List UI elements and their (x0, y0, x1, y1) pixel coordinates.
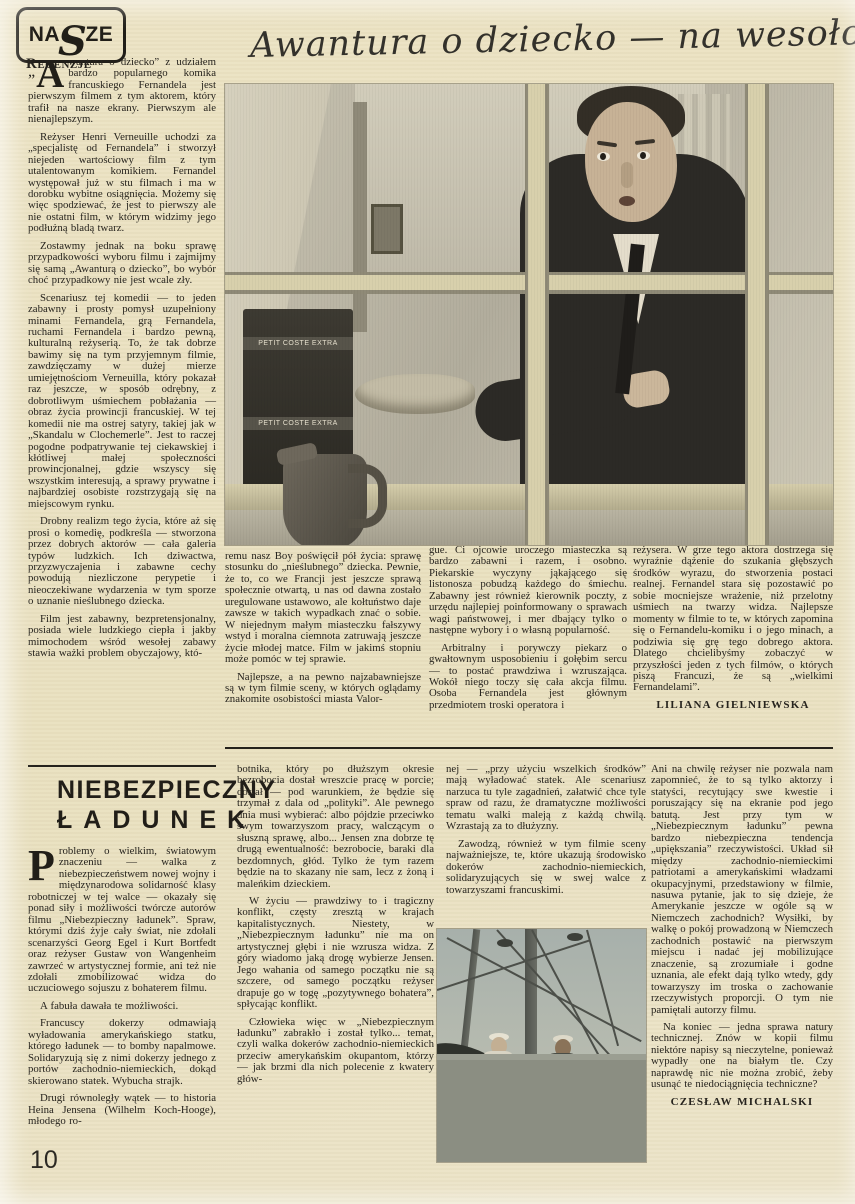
paragraph: A fabuła dawała te możliwości. (28, 1001, 216, 1012)
paragraph: gue. Ci ojcowie uroczego miasteczka są b… (429, 545, 627, 637)
article1-column3: gue. Ci ojcowie uroczego miasteczka są b… (429, 545, 627, 717)
logo-script-s: S (58, 32, 87, 52)
article1-title: Awantura o dziecko — na wesoło (250, 14, 826, 66)
paragraph: „Awantura o dziecko” z udziałem bardzo p… (28, 57, 216, 126)
paragraph: nej — „przy użyciu wszelkich środków” ma… (446, 764, 646, 833)
article2-column2: botnika, który po dłuższym okresie bezro… (237, 764, 434, 1091)
magazine-page: NASZE Recenzje Awantura o dziecko — na w… (0, 0, 855, 1204)
paragraph: Film jest zabawny, bezpretensjonalny, po… (28, 614, 216, 660)
nasze-recenzje-logo: NASZE (16, 7, 126, 63)
paragraph: W życiu — prawdziwy to i tragiczny konfl… (237, 896, 434, 1011)
film-still-awantura-o-dziecko: PETIT COSTE EXTRA PETIT COSTE EXTRA (225, 84, 833, 545)
paragraph: Ani na chwilę reżyser nie pozwala nam za… (651, 764, 833, 1016)
paragraph: reżysera. W grze tego aktora dostrzega s… (633, 545, 833, 694)
paragraph: Najlepsze, a na pewno najzabawniejsze są… (225, 672, 421, 706)
article2-column4: Ani na chwilę reżyser nie pozwala nam za… (651, 764, 833, 1108)
rigging-line (586, 930, 619, 1046)
ship-bulwark (437, 1054, 646, 1162)
paragraph: Reżyser Henri Verneuille uchodzi za „spe… (28, 132, 216, 235)
article1-column2: remu nasz Boy poświęcił pół życia: spraw… (225, 551, 421, 712)
paragraph: Zawodzą, również w tym filmie sceny najw… (446, 839, 646, 896)
paragraph: Człowieka więc w „Niebezpiecznym ładunku… (237, 1017, 434, 1086)
paragraph: Problemy o wielkim, światowym znaczeniu … (28, 846, 216, 995)
article1-author: LILIANA GIELNIEWSKA (633, 700, 833, 711)
article1-column4: reżysera. W grze tego aktora dostrzega s… (633, 545, 833, 711)
paragraph: Arbitralny i porywczy piekarz o gwałtown… (429, 643, 627, 712)
dropcap-a: A (36, 59, 64, 91)
logo-text-ze: ZE (85, 23, 113, 47)
page-number: 10 (30, 1146, 58, 1175)
dropcap-quote: „ (28, 57, 35, 87)
paragraph: Drobny realizm tego życia, które aż się … (28, 516, 216, 608)
paragraph: Francuscy dokerzy odmawiają wyładowania … (28, 1018, 216, 1087)
article2-author: CZESŁAW MICHALSKI (651, 1097, 833, 1108)
logo-text-na: NA (29, 23, 60, 47)
pulley (567, 933, 583, 941)
article2-title-line2: ŁADUNEK (57, 806, 256, 835)
paragraph: Na koniec — jedna sprawa natury technicz… (651, 1022, 833, 1091)
paragraph: Drugi równoległy wątek — to historia Hei… (28, 1093, 216, 1127)
photo-grain (225, 84, 833, 545)
film-still-niebezpieczny-ladunek (437, 929, 646, 1162)
article2-column1: Problemy o wielkim, światowym znaczeniu … (28, 846, 216, 1133)
paragraph: Scenariusz tej komedii — to jeden zabawn… (28, 293, 216, 511)
paragraph: remu nasz Boy poświęcił pół życia: spraw… (225, 551, 421, 666)
dropcap-p: P (28, 848, 55, 884)
divider-rule (225, 747, 833, 749)
paragraph: botnika, który po dłuższym okresie bezro… (237, 764, 434, 890)
pulley (497, 939, 513, 947)
divider-rule (28, 765, 216, 767)
paragraph: Zostawmy jednak na boku sprawę przypadko… (28, 241, 216, 287)
article1-column1: „Awantura o dziecko” z udziałem bardzo p… (28, 57, 216, 666)
article2-column3: nej — „przy użyciu wszelkich środków” ma… (446, 764, 646, 902)
